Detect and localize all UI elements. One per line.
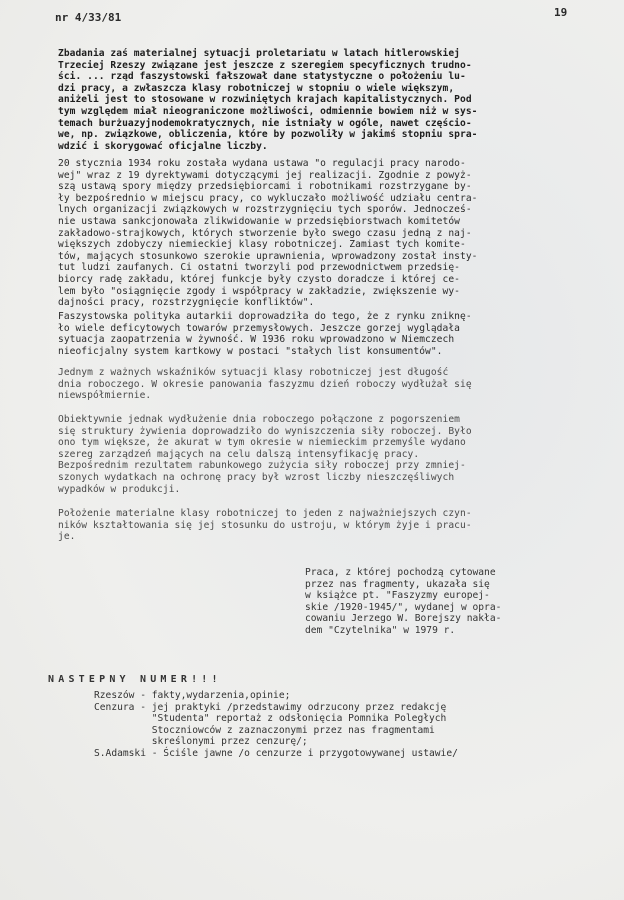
issue-number: nr 4/33/81 [55,11,121,24]
paragraph-material-conditions: Położenie materialne klasy robotniczej t… [58,508,578,543]
paragraph-exhaustion: Obiektywnie jednak wydłużenie dnia roboc… [58,414,578,495]
document-page: nr 4/33/81 19 Zbadania zaś materialnej s… [0,0,624,900]
paragraph-autarky: Faszystowska polityka autarkii doprowadz… [58,311,578,357]
source-citation: Praca, z której pochodzą cytowane przez … [305,567,501,637]
paragraph-working-day: Jednym z ważnych wskaźników sytuacji kla… [58,367,578,402]
paragraph-statistics: Zbadania zaś materialnej sytuacji prolet… [58,48,578,152]
next-issue-list: Rzeszów - fakty,wydarzenia,opinie; Cenzu… [94,690,458,760]
next-issue-heading: NASTEPNY NUMER!!! [48,674,222,685]
paragraph-labor-law: 20 stycznia 1934 roku została wydana ust… [58,158,578,309]
page-number: 19 [554,6,567,19]
